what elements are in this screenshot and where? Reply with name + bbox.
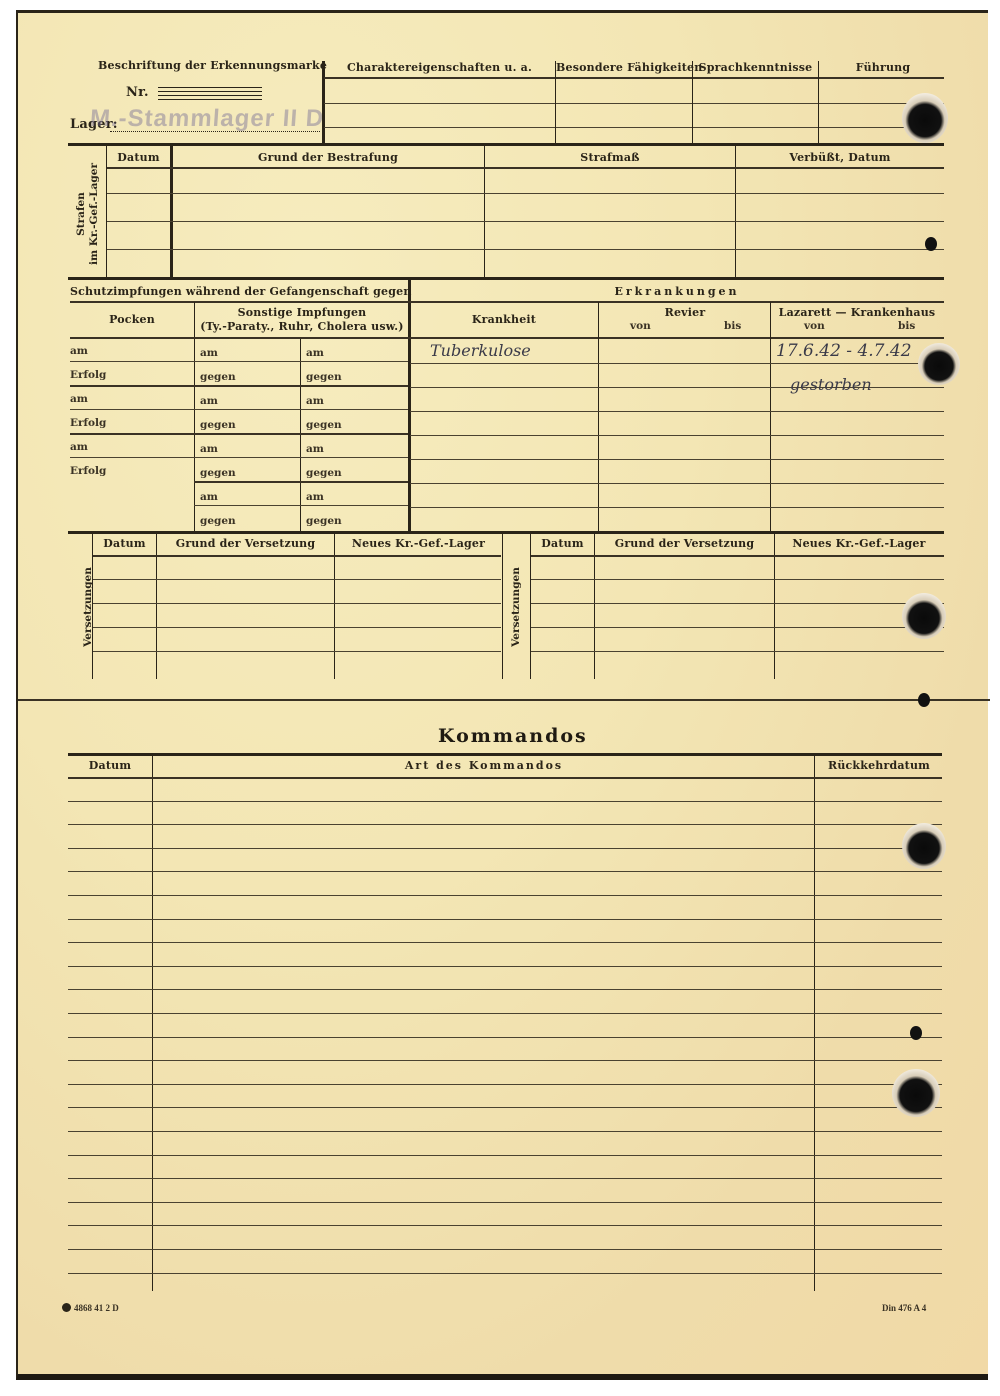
col-faehigkeiten: Besondere Fähigkeiten xyxy=(556,61,692,74)
vers-r-col-lager: Neues Kr.-Gef.-Lager xyxy=(775,537,943,550)
vers-r-col-grund: Grund der Versetzung xyxy=(595,537,774,550)
erkennungsmarke-label: Beschriftung der Erkennungsmarke xyxy=(98,59,298,72)
print-code-text: 4868 41 2 D xyxy=(74,1303,119,1313)
erkrankungen-title: Erkrankungen xyxy=(410,285,944,298)
rule xyxy=(70,409,408,410)
pocken-row-2[interactable]: Erfolg xyxy=(70,369,106,381)
rule xyxy=(70,301,944,303)
section-divider xyxy=(68,753,942,756)
kommandos-row-rule xyxy=(68,824,942,825)
versetzungen-side-label-right: Versetzungen xyxy=(510,557,522,657)
form-page: Beschriftung der Erkennungsmarke Nr. Lag… xyxy=(16,10,988,1380)
sonstige-r6-c1[interactable]: gegen xyxy=(200,467,236,479)
punch-dot xyxy=(925,237,937,251)
kommandos-col-datum: Datum xyxy=(68,759,152,772)
sonstige-r8-c1[interactable]: gegen xyxy=(200,515,236,527)
pocken-label: Pocken xyxy=(70,313,194,326)
lazarett-von: von xyxy=(804,320,825,332)
krankheit-label: Krankheit xyxy=(410,313,598,326)
col-sprachkenntnisse: Sprachkenntnisse xyxy=(693,61,818,74)
strafen-side-label-2: im Kr.-Gef.-Lager xyxy=(88,154,101,274)
kommandos-row-rule xyxy=(68,801,942,802)
rule xyxy=(410,459,944,460)
rule xyxy=(93,651,501,652)
rule xyxy=(107,167,944,169)
pocken-row-1[interactable]: am xyxy=(70,345,88,357)
rule xyxy=(531,651,944,652)
divider xyxy=(170,145,173,277)
rule xyxy=(70,433,408,435)
sonstige-r3-c1[interactable]: am xyxy=(200,395,218,407)
kommandos-title: Kommandos xyxy=(438,725,588,747)
strafen-side-label: Strafen im Kr.-Gef.-Lager xyxy=(75,154,101,274)
punch-dot xyxy=(918,693,930,707)
divider xyxy=(735,145,736,277)
divider xyxy=(770,302,771,531)
rule xyxy=(410,411,944,412)
sonstige-r2-c2[interactable]: gegen xyxy=(306,371,342,383)
rule xyxy=(194,505,408,506)
kommandos-row-rule xyxy=(68,895,942,896)
punch-hole xyxy=(892,1069,940,1117)
fold-line xyxy=(18,699,990,701)
rule xyxy=(70,385,408,387)
kommandos-row-rule xyxy=(68,1084,942,1085)
kommandos-row-rule xyxy=(68,1013,942,1014)
kommandos-row-rule xyxy=(68,1107,942,1108)
pocken-row-4[interactable]: Erfolg xyxy=(70,417,106,429)
punch-hole xyxy=(918,343,960,385)
rule xyxy=(531,579,944,580)
strafen-col-verbuesst: Verbüßt, Datum xyxy=(736,151,944,164)
col-charakter: Charaktereigenschaften u. a. xyxy=(324,61,555,74)
divider xyxy=(152,755,153,1291)
sonstige-r7-c1[interactable]: am xyxy=(200,491,218,503)
rule xyxy=(70,337,944,339)
rule xyxy=(70,361,408,362)
lazarett-dates-entry[interactable]: 17.6.42 - 4.7.42 xyxy=(776,341,912,361)
nr-label: Nr. xyxy=(126,85,149,100)
vers-l-col-lager: Neues Kr.-Gef.-Lager xyxy=(335,537,502,550)
vers-l-col-datum: Datum xyxy=(93,537,156,550)
rule xyxy=(324,127,944,128)
sonstige-r4-c2[interactable]: gegen xyxy=(306,419,342,431)
vers-r-col-datum: Datum xyxy=(531,537,594,550)
kommandos-row-rule xyxy=(68,1273,942,1274)
kommandos-col-rueckkehr: Rückkehrdatum xyxy=(816,759,942,772)
rule xyxy=(410,435,944,436)
lager-stamp: M.-Stammlager II D xyxy=(89,105,325,133)
rule xyxy=(410,507,944,508)
rule xyxy=(93,555,501,557)
punch-hole xyxy=(902,823,946,869)
strafen-col-strafmass: Strafmaß xyxy=(485,151,735,164)
rule xyxy=(324,103,944,104)
kommandos-row-rule xyxy=(68,1131,942,1132)
kommandos-row-rule xyxy=(68,989,942,990)
kommandos-row-rule xyxy=(68,1225,942,1226)
rule xyxy=(93,627,501,628)
divider xyxy=(814,755,815,1291)
sonstige-r4-c1[interactable]: gegen xyxy=(200,419,236,431)
punch-dot xyxy=(910,1026,922,1040)
sonstige-r1-c2[interactable]: am xyxy=(306,347,324,359)
din-label: Din 476 A 4 xyxy=(882,1303,926,1313)
divider xyxy=(324,77,944,79)
rule xyxy=(194,481,408,483)
divider xyxy=(502,533,503,679)
pocken-row-6[interactable]: Erfolg xyxy=(70,465,106,477)
print-code: 4868 41 2 D xyxy=(62,1303,119,1313)
strafen-col-datum: Datum xyxy=(107,151,170,164)
rule xyxy=(410,483,944,484)
revier-bis: bis xyxy=(724,320,741,332)
rule xyxy=(93,603,501,604)
sonstige-label: Sonstige Impfungen (Ty.-Paraty., Ruhr, C… xyxy=(196,306,408,334)
rule xyxy=(107,193,944,194)
divider xyxy=(598,302,599,531)
kommandos-col-art: Art des Kommandos xyxy=(154,759,814,772)
kommandos-row-rule xyxy=(68,966,942,967)
kommandos-row-rule xyxy=(68,942,942,943)
strafen-side-label-1: Strafen xyxy=(75,154,88,274)
divider xyxy=(106,145,107,277)
sonstige-r6-c2[interactable]: gegen xyxy=(306,467,342,479)
rule xyxy=(93,579,501,580)
krankheit-entry[interactable]: Tuberkulose xyxy=(430,341,531,360)
rule xyxy=(107,249,944,250)
kommandos-row-rule xyxy=(68,1037,942,1038)
sonstige-r8-c2[interactable]: gegen xyxy=(306,515,342,527)
rule xyxy=(531,603,944,604)
rule xyxy=(531,555,944,557)
kommandos-row-rule xyxy=(68,871,942,872)
print-mark-icon xyxy=(62,1303,71,1312)
section-divider xyxy=(68,531,944,534)
kommandos-row-rule xyxy=(68,1178,942,1179)
rule xyxy=(410,363,944,364)
punch-hole xyxy=(902,593,946,639)
lazarett-bis: bis xyxy=(898,320,915,332)
revier-von: von xyxy=(630,320,651,332)
kommandos-row-rule xyxy=(68,1155,942,1156)
rule xyxy=(70,457,408,458)
kommandos-row-rule xyxy=(68,777,942,779)
vers-l-col-grund: Grund der Versetzung xyxy=(157,537,334,550)
punch-hole xyxy=(902,93,948,143)
nr-field[interactable] xyxy=(158,85,262,101)
kommandos-row-rule xyxy=(68,1202,942,1203)
kommandos-row-rule xyxy=(68,848,942,849)
col-fuehrung: Führung xyxy=(819,61,947,74)
sonstige-r7-c2[interactable]: am xyxy=(306,491,324,503)
kommandos-row-rule xyxy=(68,1060,942,1061)
kommandos-row-rule xyxy=(68,919,942,920)
sonstige-r5-c1[interactable]: am xyxy=(200,443,218,455)
impfungen-title: Schutzimpfungen während der Gefangenscha… xyxy=(70,285,408,298)
rule xyxy=(531,627,944,628)
sonstige-label-2: (Ty.-Paraty., Ruhr, Cholera usw.) xyxy=(196,320,408,334)
sonstige-r3-c2[interactable]: am xyxy=(306,395,324,407)
strafen-col-grund: Grund der Bestrafung xyxy=(172,151,484,164)
rule xyxy=(107,221,944,222)
sonstige-r5-c2[interactable]: am xyxy=(306,443,324,455)
sonstige-r1-c1[interactable]: am xyxy=(200,347,218,359)
section-divider xyxy=(68,143,944,146)
lazarett-note-entry[interactable]: gestorben xyxy=(790,375,872,394)
lazarett-label: Lazarett — Krankenhaus xyxy=(772,306,942,319)
revier-label: Revier xyxy=(600,306,770,319)
pocken-row-3[interactable]: am xyxy=(70,393,88,405)
sonstige-label-1: Sonstige Impfungen xyxy=(196,306,408,320)
kommandos-row-rule xyxy=(68,1249,942,1250)
divider xyxy=(484,145,485,277)
section-divider xyxy=(68,277,944,280)
pocken-row-5[interactable]: am xyxy=(70,441,88,453)
sonstige-r2-c1[interactable]: gegen xyxy=(200,371,236,383)
